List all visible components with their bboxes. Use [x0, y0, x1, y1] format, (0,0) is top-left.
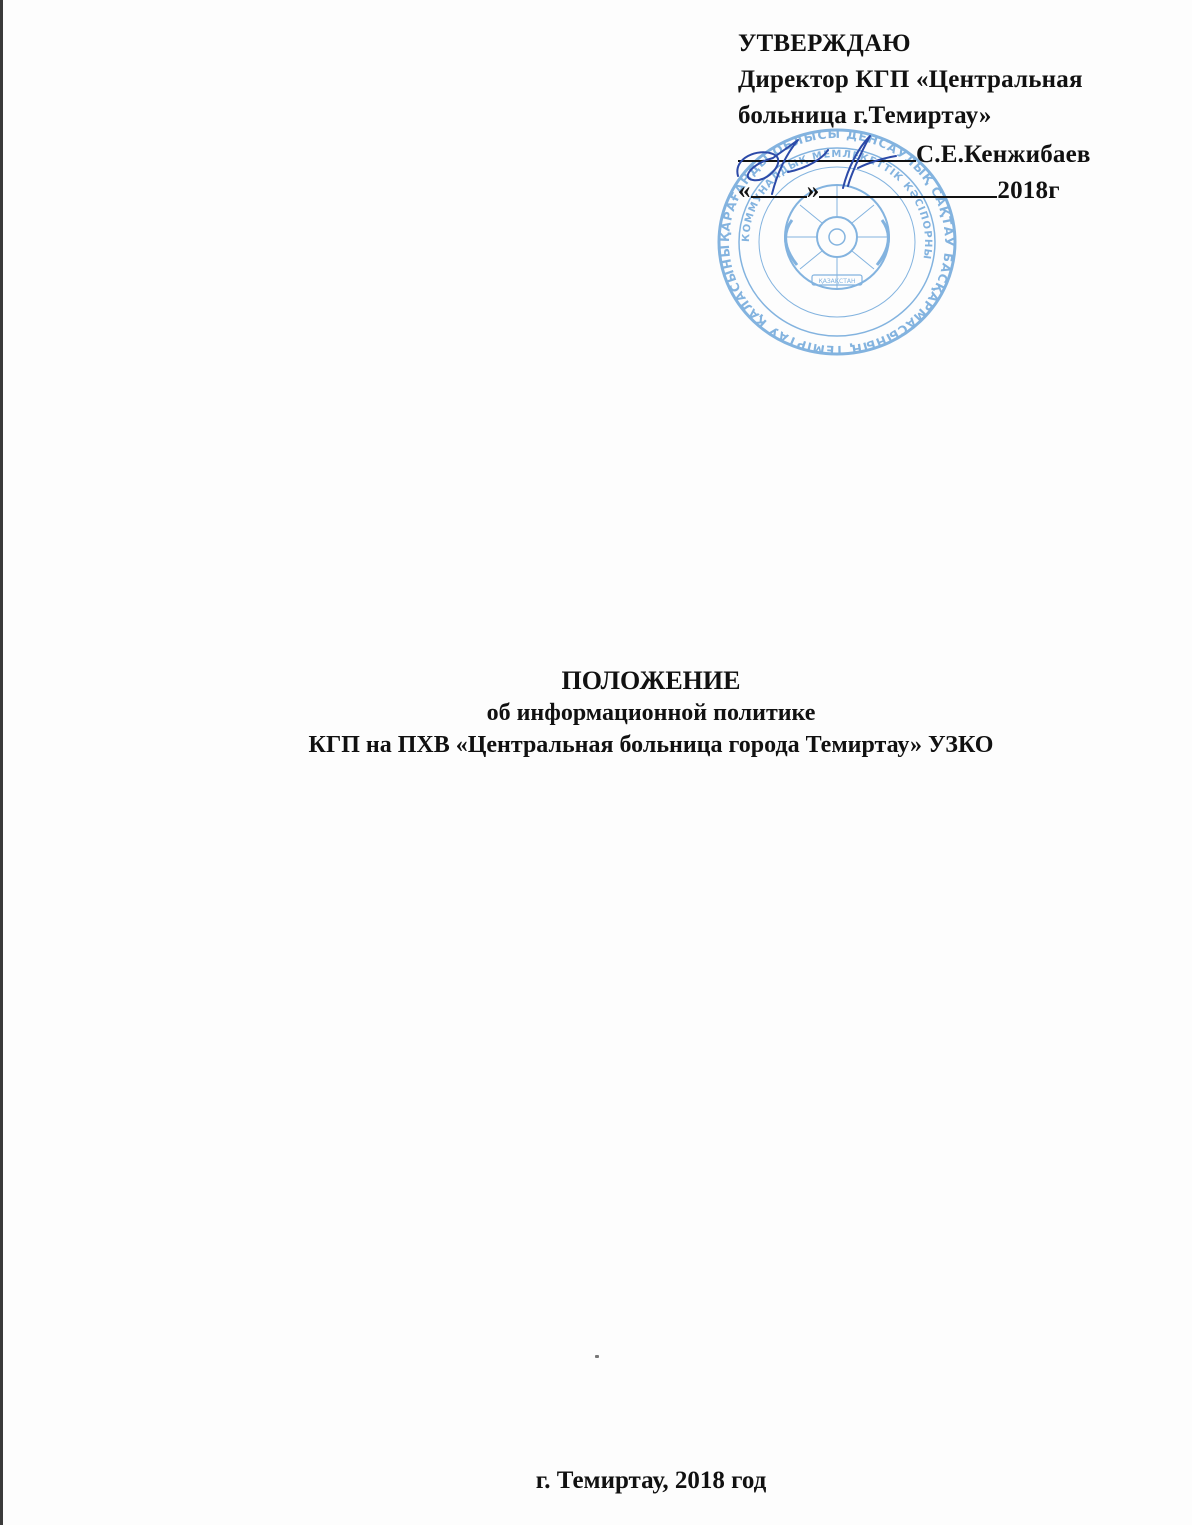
scan-edge: [0, 0, 3, 1525]
svg-text:ҚАЗАҚСТАН: ҚАЗАҚСТАН: [818, 278, 855, 285]
signatory-name: С.Е.Кенжибаев: [916, 141, 1091, 168]
scan-speck: [595, 1355, 599, 1358]
date-year: 2018г: [997, 177, 1059, 204]
approval-heading: УТВЕРЖДАЮ: [738, 26, 1158, 62]
signature: [728, 128, 898, 198]
document-title-block: ПОЛОЖЕНИЕ об информационной политике КГП…: [0, 664, 1192, 762]
approval-position-line1: Директор КГП «Центральная: [738, 62, 1158, 98]
document-title: ПОЛОЖЕНИЕ: [0, 664, 1192, 698]
document-page: ҚАРАҒАНДЫ ОБЛЫСЫ ДЕНСАУЛЫҚ САҚТАУ БАСҚАР…: [0, 0, 1192, 1525]
document-subtitle: об информационной политике: [0, 698, 1192, 728]
document-footer: г. Темиртау, 2018 год: [0, 1464, 1192, 1498]
document-organization: КГП на ПХВ «Центральная больница города …: [0, 728, 1192, 762]
